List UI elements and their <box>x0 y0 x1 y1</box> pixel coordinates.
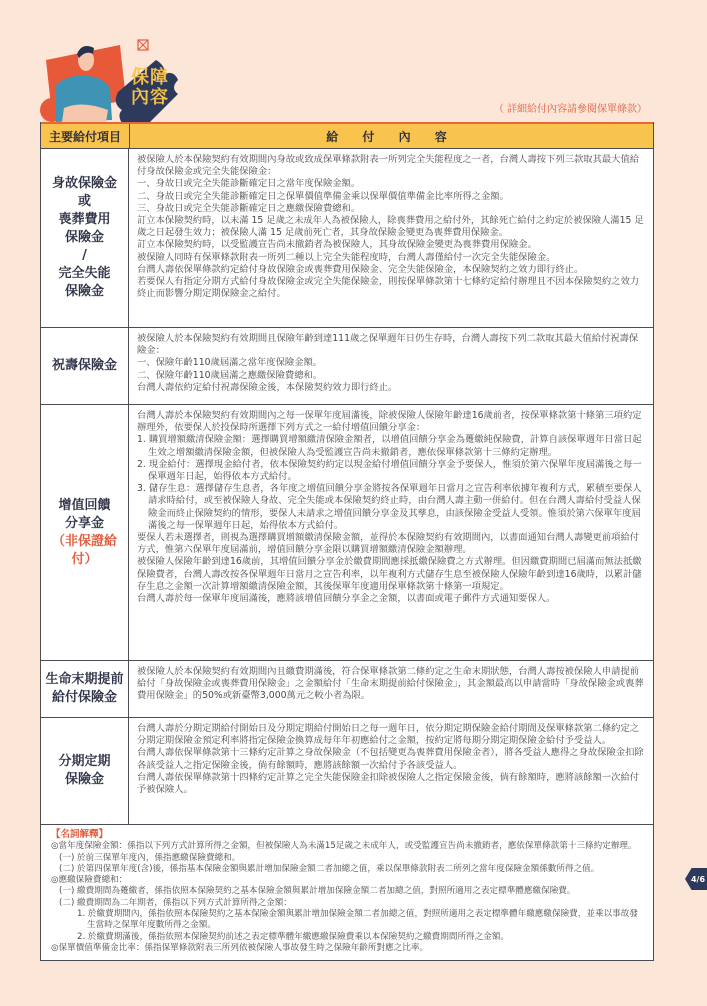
content-paragraph: 被保險人保險年齡到達16歲前，其增值回饋分享金於繳費期間應採抵繳保險費之方式辦理… <box>137 556 645 593</box>
content-paragraph: 被保險人於本保險契約有效期間內身故或致成保單條款附表一所列完全失能程度之一者，台… <box>137 154 645 178</box>
glossary-line: ◎應繳保險費總和： <box>51 875 643 886</box>
content-paragraph: 三、身故日或完全失能診斷確定日之應繳保險費總和。 <box>137 203 645 215</box>
item-label: 保險金 <box>52 283 117 301</box>
content-paragraph: 2. 現金給付：選擇現金給付者，依本保險契約約定以現金給付增值回饋分享金予要保人… <box>137 459 645 483</box>
benefit-table: 主要給付項目 給 付 內 容 身故保險金 或 喪葬費用 保險金 / 完全失能 保… <box>40 122 654 825</box>
glossary-box: 【名詞解釋】 ◎當年度保險金額：係指以下列方式計算所得之金額，但被保險人為未滿1… <box>40 824 654 961</box>
table-row: 增值回饋 分享金 （非保證給付） 台灣人壽於本保險契約有效期間內之每一保單年度屆… <box>41 405 653 661</box>
content-paragraph: 3. 儲存生息：選擇儲存生息者，各年度之增值回饋分享金將按各保單週年日當月之宣告… <box>137 483 645 532</box>
content-paragraph: 台灣人壽依保單條款第十四條約定計算之完全失能保險金扣除被保險人之指定保險金後，倘… <box>137 772 645 796</box>
item-label: 分享金 <box>45 515 124 533</box>
section-title: 保障 內容 <box>131 68 169 108</box>
item-label: 或 <box>52 193 117 211</box>
content-paragraph: 一、保險年齡110歲屆滿之當年度保險金額。 <box>137 357 645 369</box>
content-paragraph: 訂立本保險契約時，以受監護宣告尚未撤銷者為被保險人，其身故保險金變更為喪葬費用保… <box>137 239 645 251</box>
glossary-title: 【名詞解釋】 <box>51 829 643 840</box>
content-paragraph: 訂立本保險契約時，以未滿 15 足歲之未成年人為被保險人，除喪葬費用之給付外，其… <box>137 215 645 239</box>
glossary-line: (二) 繳費期間為二年期者，係指以下列方式計算所得之金額： <box>51 898 643 909</box>
person-puzzle-illustration <box>38 30 218 126</box>
hero-illustration: 保障 內容 <box>38 30 218 126</box>
glossary-line: ◎當年度保險金額：係指以下列方式計算所得之金額，但被保險人為未滿15足歲之未成年… <box>51 841 643 852</box>
table-row: 生命末期提前 給付保險金 被保險人於本保險契約有效期間內且繳費期滿後，符合保單條… <box>41 661 653 718</box>
content-longevity: 被保險人於本保險契約有效期間且保險年齡到達111歲之保單週年日仍生存時，台灣人壽… <box>129 328 653 404</box>
item-label: 分期定期 <box>58 753 110 771</box>
content-installment: 台灣人壽於分期定期給付開始日及分期定期給付開始日之每一週年日，依分期定期保險金給… <box>129 718 653 824</box>
content-paragraph: 要保人若未選擇者，則視為選擇購買增額繳清保險金額，並得於本保險契約有效期間內，以… <box>137 532 645 556</box>
item-label: 給付保險金 <box>45 689 123 707</box>
section-title-line1: 保障 <box>131 68 169 88</box>
table-row: 分期定期 保險金 台灣人壽於分期定期給付開始日及分期定期給付開始日之每一週年日，… <box>41 718 653 824</box>
glossary-line: ◎保單價值準備金比率：係指保單條款附表三所列依被保險人事故發生時之保險年齡所對應… <box>51 943 643 954</box>
table-header: 主要給付項目 給 付 內 容 <box>41 122 653 149</box>
content-paragraph: 二、保險年齡110歲屆滿之應繳保險費總和。 <box>137 370 645 382</box>
item-label: 完全失能 <box>52 265 117 283</box>
column-header-item: 主要給付項目 <box>41 124 130 148</box>
glossary-line: (二) 於第四保單年度(含)後，係指基本保險金額與累計增加保險金額二者加總之值，… <box>51 864 643 875</box>
glossary-line: (一) 於前三保單年度內，係指應繳保險費總和。 <box>51 853 643 864</box>
content-paragraph: 被保險人同時有保單條款附表一所列二種以上完全失能程度時，台灣人壽僅給付一次完全失… <box>137 252 645 264</box>
glossary-line: (一) 繳費期間為躉繳者，係指依照本保險契約之基本保險金額與累計增加保險金額二者… <box>51 886 643 897</box>
item-terminal-illness: 生命末期提前 給付保險金 <box>41 661 129 717</box>
content-paragraph: 被保險人於本保險契約有效期間內且繳費期滿後，符合保單條款第二條約定之生命末期狀態… <box>137 666 645 703</box>
item-label: 增值回饋 <box>45 497 124 515</box>
item-dividend: 增值回饋 分享金 （非保證給付） <box>41 405 129 660</box>
content-paragraph: 台灣人壽依約定給付祝壽保險金後，本保險契約效力即行終止。 <box>137 382 645 394</box>
content-paragraph: 台灣人壽於每一保單年度屆滿後，應將該增值回饋分享金之金額，以書面或電子郵件方式通… <box>137 593 645 605</box>
item-installment: 分期定期 保險金 <box>41 718 129 824</box>
item-longevity: 祝壽保險金 <box>41 328 129 404</box>
item-label: / <box>52 247 117 265</box>
content-paragraph: 一、身故日或完全失能診斷確定日之當年度保險金額。 <box>137 178 645 190</box>
content-paragraph: 台灣人壽依保單條款第十三條約定計算之身故保險金（不包括變更為喪葬費用保險金者），… <box>137 747 645 771</box>
page-indicator: 4/6 <box>685 868 707 890</box>
item-death-disability: 身故保險金 或 喪葬費用 保險金 / 完全失能 保險金 <box>41 149 129 327</box>
content-paragraph: 1. 購買增額繳清保險金額：選擇購買增額繳清保險金額者，以增值回饋分享金為躉繳純… <box>137 434 645 458</box>
item-label: 保險金 <box>58 771 110 789</box>
item-label: 保險金 <box>52 229 117 247</box>
item-label: 祝壽保險金 <box>52 357 117 375</box>
item-label: 喪葬費用 <box>52 211 117 229</box>
item-label: 身故保險金 <box>52 175 117 193</box>
content-terminal-illness: 被保險人於本保險契約有效期間內且繳費期滿後，符合保單條款第二條約定之生命末期狀態… <box>129 661 653 717</box>
column-header-content: 給 付 內 容 <box>130 124 653 148</box>
content-paragraph: 台灣人壽於本保險契約有效期間內之每一保單年度屆滿後，除被保險人保險年齡達16歲前… <box>137 410 645 434</box>
glossary-line: 1. 於繳費期間內，係指依照本保險契約之基本保險金額與累計增加保險金額二者加總之… <box>51 909 643 932</box>
content-paragraph: 若要保人有指定分期方式給付身故保險金或完全失能保險金，則按保單條款第十七條約定給… <box>137 276 645 300</box>
content-death-disability: 被保險人於本保險契約有效期間內身故或致成保單條款附表一所列完全失能程度之一者，台… <box>129 149 653 327</box>
table-row: 身故保險金 或 喪葬費用 保險金 / 完全失能 保險金 被保險人於本保險契約有效… <box>41 149 653 328</box>
content-paragraph: 台灣人壽於分期定期給付開始日及分期定期給付開始日之每一週年日，依分期定期保險金給… <box>137 723 645 747</box>
item-label: 生命末期提前 <box>45 671 123 689</box>
glossary-line: 2. 於繳費期滿後，係指依照本保險契約前述之表定標準體年繳應繳保險費乘以本保險契… <box>51 932 643 943</box>
content-dividend: 台灣人壽於本保險契約有效期間內之每一保單年度屆滿後，除被保險人保險年齡達16歲前… <box>129 405 653 660</box>
table-row: 祝壽保險金 被保險人於本保險契約有效期間且保險年齡到達111歲之保單週年日仍生存… <box>41 328 653 405</box>
content-paragraph: 台灣人壽依保單條款約定給付身故保險金或喪葬費用保險金、完全失能保險金，本保險契約… <box>137 264 645 276</box>
content-paragraph: 被保險人於本保險契約有效期間且保險年齡到達111歲之保單週年日仍生存時，台灣人壽… <box>137 333 645 357</box>
non-guaranteed-note: （非保證給付） <box>45 533 124 569</box>
section-title-line2: 內容 <box>131 88 169 108</box>
terms-note: （ 詳細給付內容請參閱保單條款） <box>494 100 647 115</box>
content-paragraph: 二、身故日或完全失能診斷確定日之保單價值準備金乘以保單價值準備金比率所得之金額。 <box>137 191 645 203</box>
